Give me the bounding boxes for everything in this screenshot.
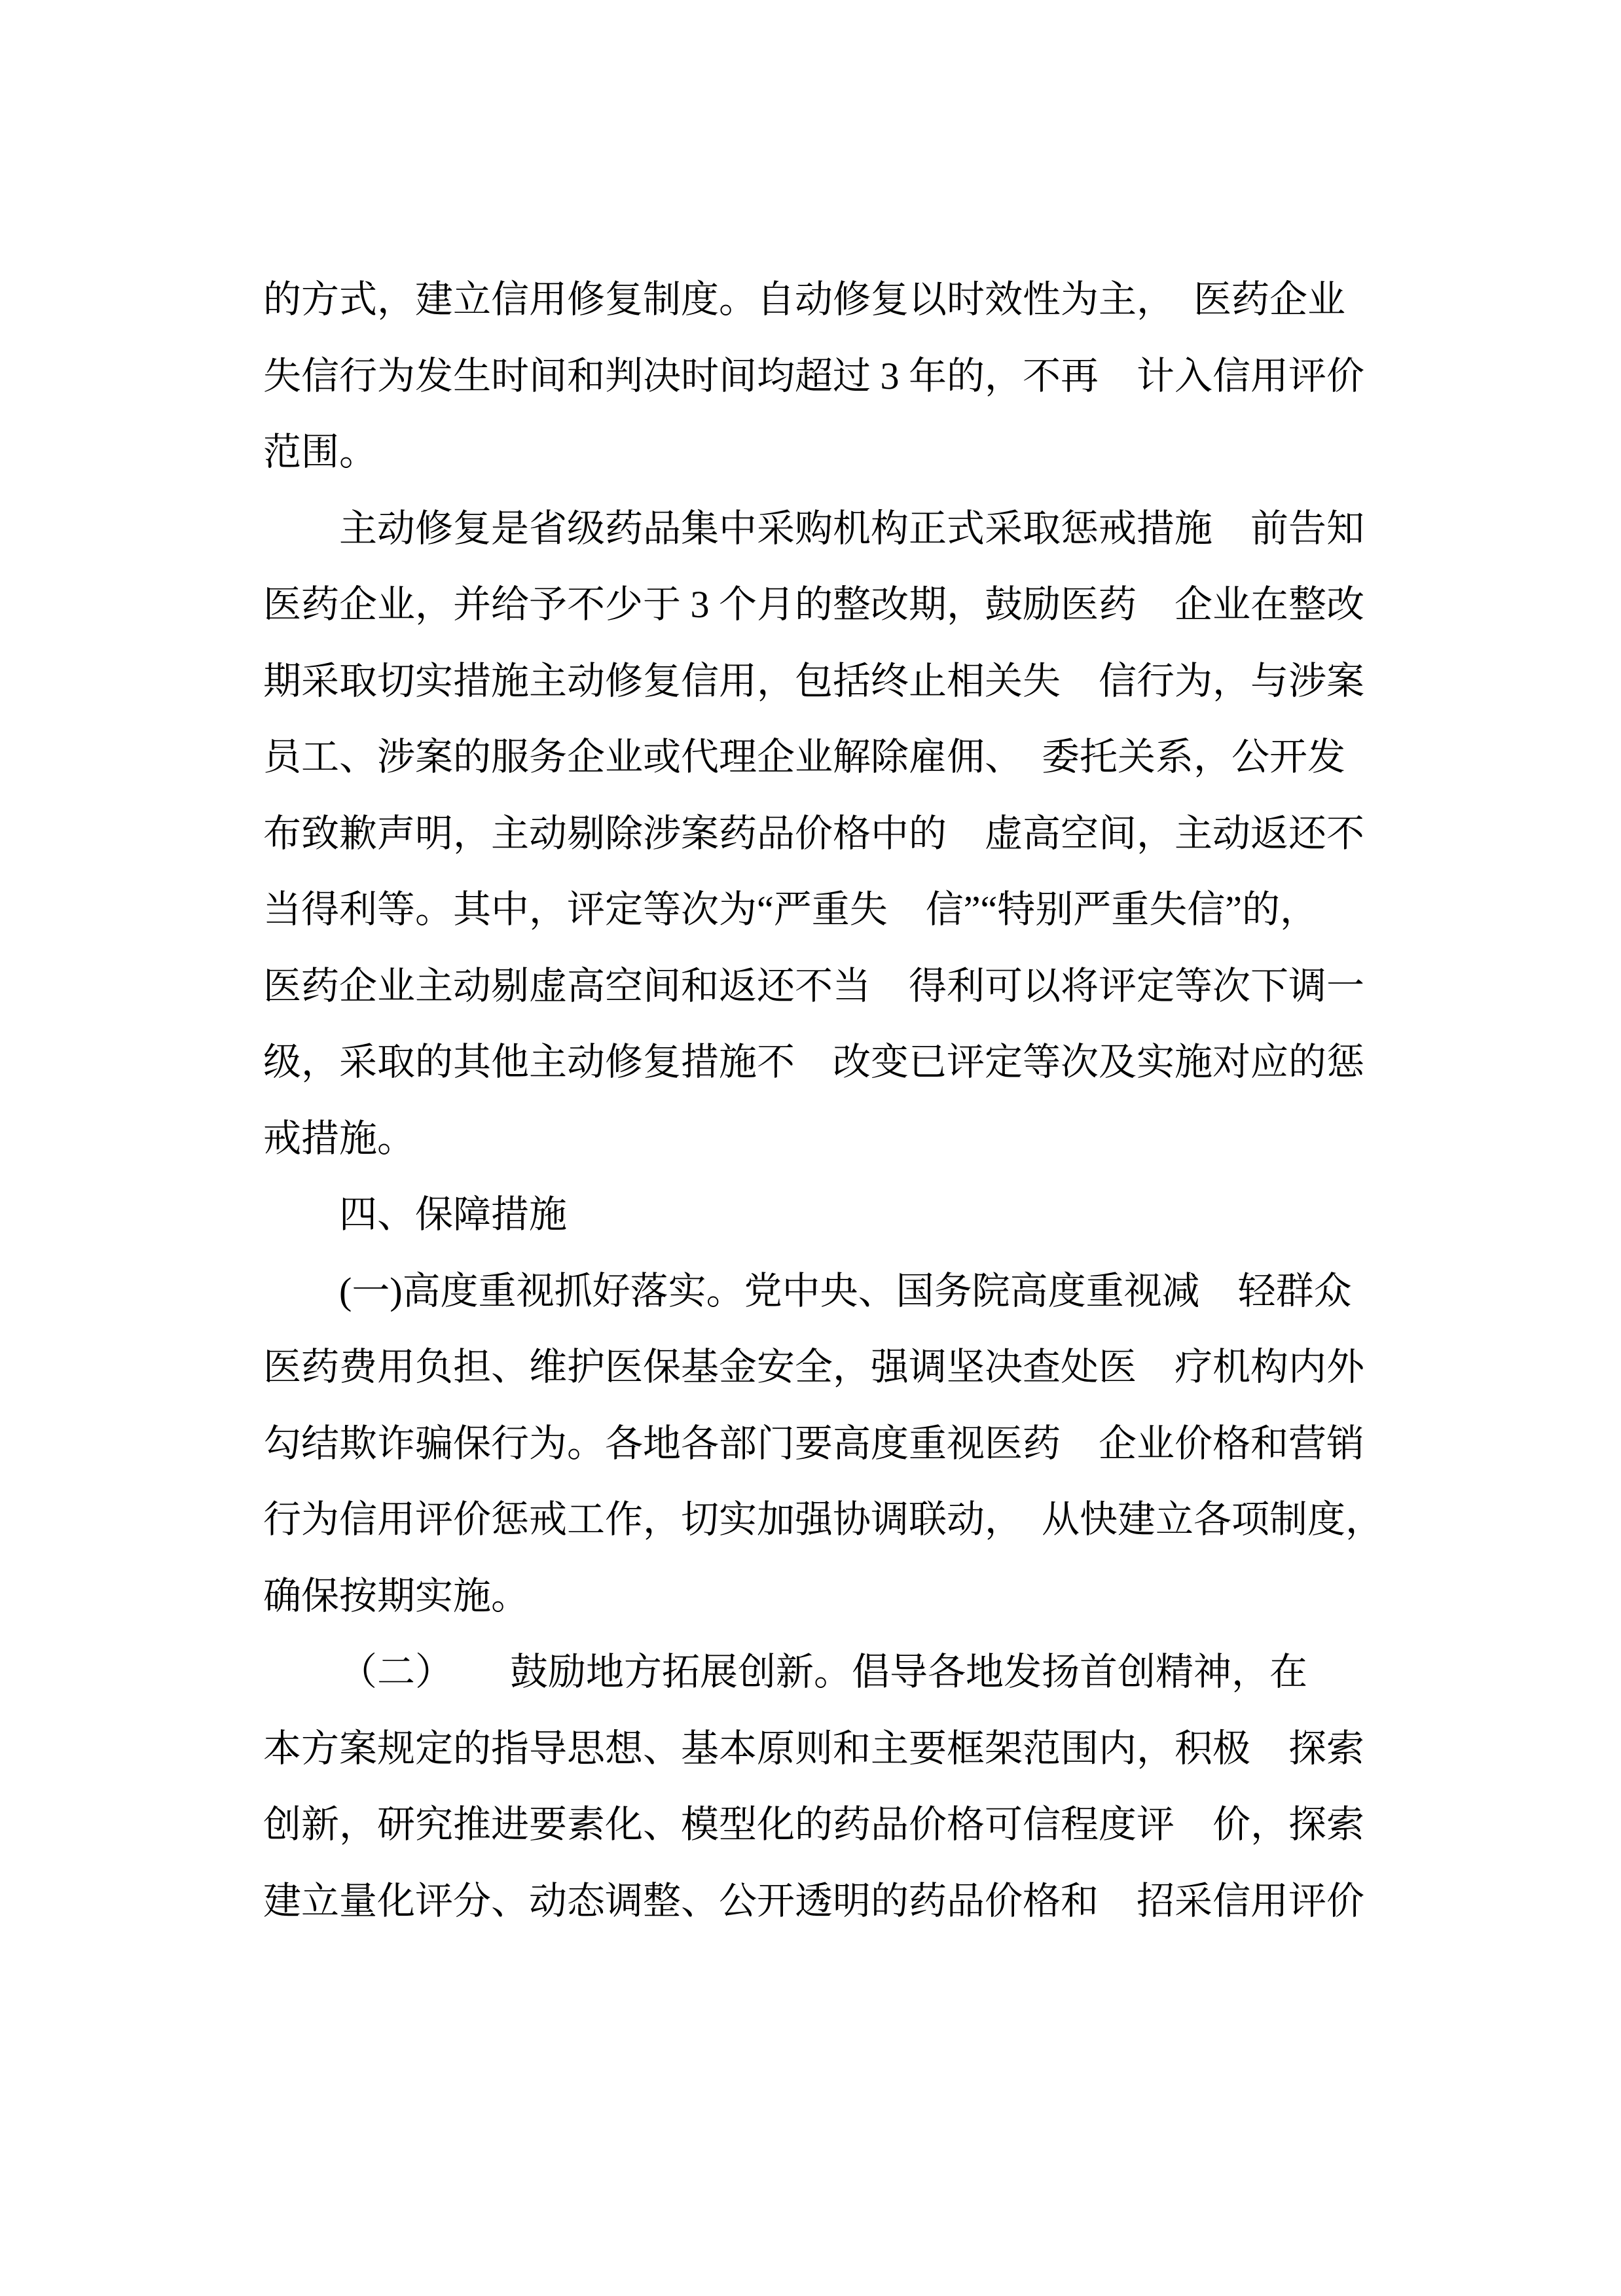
document-page: 的方式，建立信用修复制度。自动修复以时效性为主， 医药企业失信行为发生时间和判决…	[0, 0, 1621, 2296]
text-line: 员工、涉案的服务企业或代理企业解除雇佣、 委托关系，公开发	[263, 719, 1376, 796]
text-line: 医药企业，并给予不少于 3 个月的整改期，鼓励医药 企业在整改	[263, 567, 1376, 643]
text-line: 主动修复是省级药品集中采购机构正式采取惩戒措施 前告知	[263, 491, 1376, 567]
text-line: 范围。	[263, 414, 1376, 491]
text-line: 行为信用评价惩戒工作，切实加强协调联动， 从快建立各项制度，	[263, 1482, 1376, 1558]
text-line: 的方式，建立信用修复制度。自动修复以时效性为主， 医药企业	[263, 262, 1376, 338]
text-line: 布致歉声明，主动剔除涉案药品价格中的 虚高空间，主动返还不	[263, 796, 1376, 872]
text-line: （二） 鼓励地方拓展创新。倡导各地发扬首创精神，在	[263, 1634, 1376, 1711]
text-line: 创新，研究推进要素化、模型化的药品价格可信程度评 价，探索	[263, 1787, 1376, 1863]
text-line: 建立量化评分、动态调整、公开透明的药品价格和 招采信用评价	[263, 1863, 1376, 1940]
document-text-block: 的方式，建立信用修复制度。自动修复以时效性为主， 医药企业失信行为发生时间和判决…	[263, 262, 1376, 1939]
text-line: 戒措施。	[263, 1101, 1376, 1177]
text-line: 本方案规定的指导思想、基本原则和主要框架范围内，积极 探索	[263, 1711, 1376, 1787]
text-line: 医药企业主动剔虚高空间和返还不当 得利可以将评定等次下调一	[263, 948, 1376, 1025]
text-line: 医药费用负担、维护医保基金安全，强调坚决查处医 疗机构内外	[263, 1329, 1376, 1406]
text-line: (一)高度重视抓好落实。党中央、国务院高度重视减 轻群众	[263, 1253, 1376, 1330]
text-line: 期采取切实措施主动修复信用，包括终止相关失 信行为，与涉案	[263, 643, 1376, 720]
text-line: 确保按期实施。	[263, 1558, 1376, 1635]
text-line: 级，采取的其他主动修复措施不 改变已评定等次及实施对应的惩	[263, 1024, 1376, 1101]
text-line: 四、保障措施	[263, 1177, 1376, 1253]
text-line: 勾结欺诈骗保行为。各地各部门要高度重视医药 企业价格和营销	[263, 1406, 1376, 1482]
text-line: 失信行为发生时间和判决时间均超过 3 年的，不再 计入信用评价	[263, 338, 1376, 415]
text-line: 当得利等。其中，评定等次为“严重失 信”“特别严重失信”的，	[263, 872, 1376, 948]
